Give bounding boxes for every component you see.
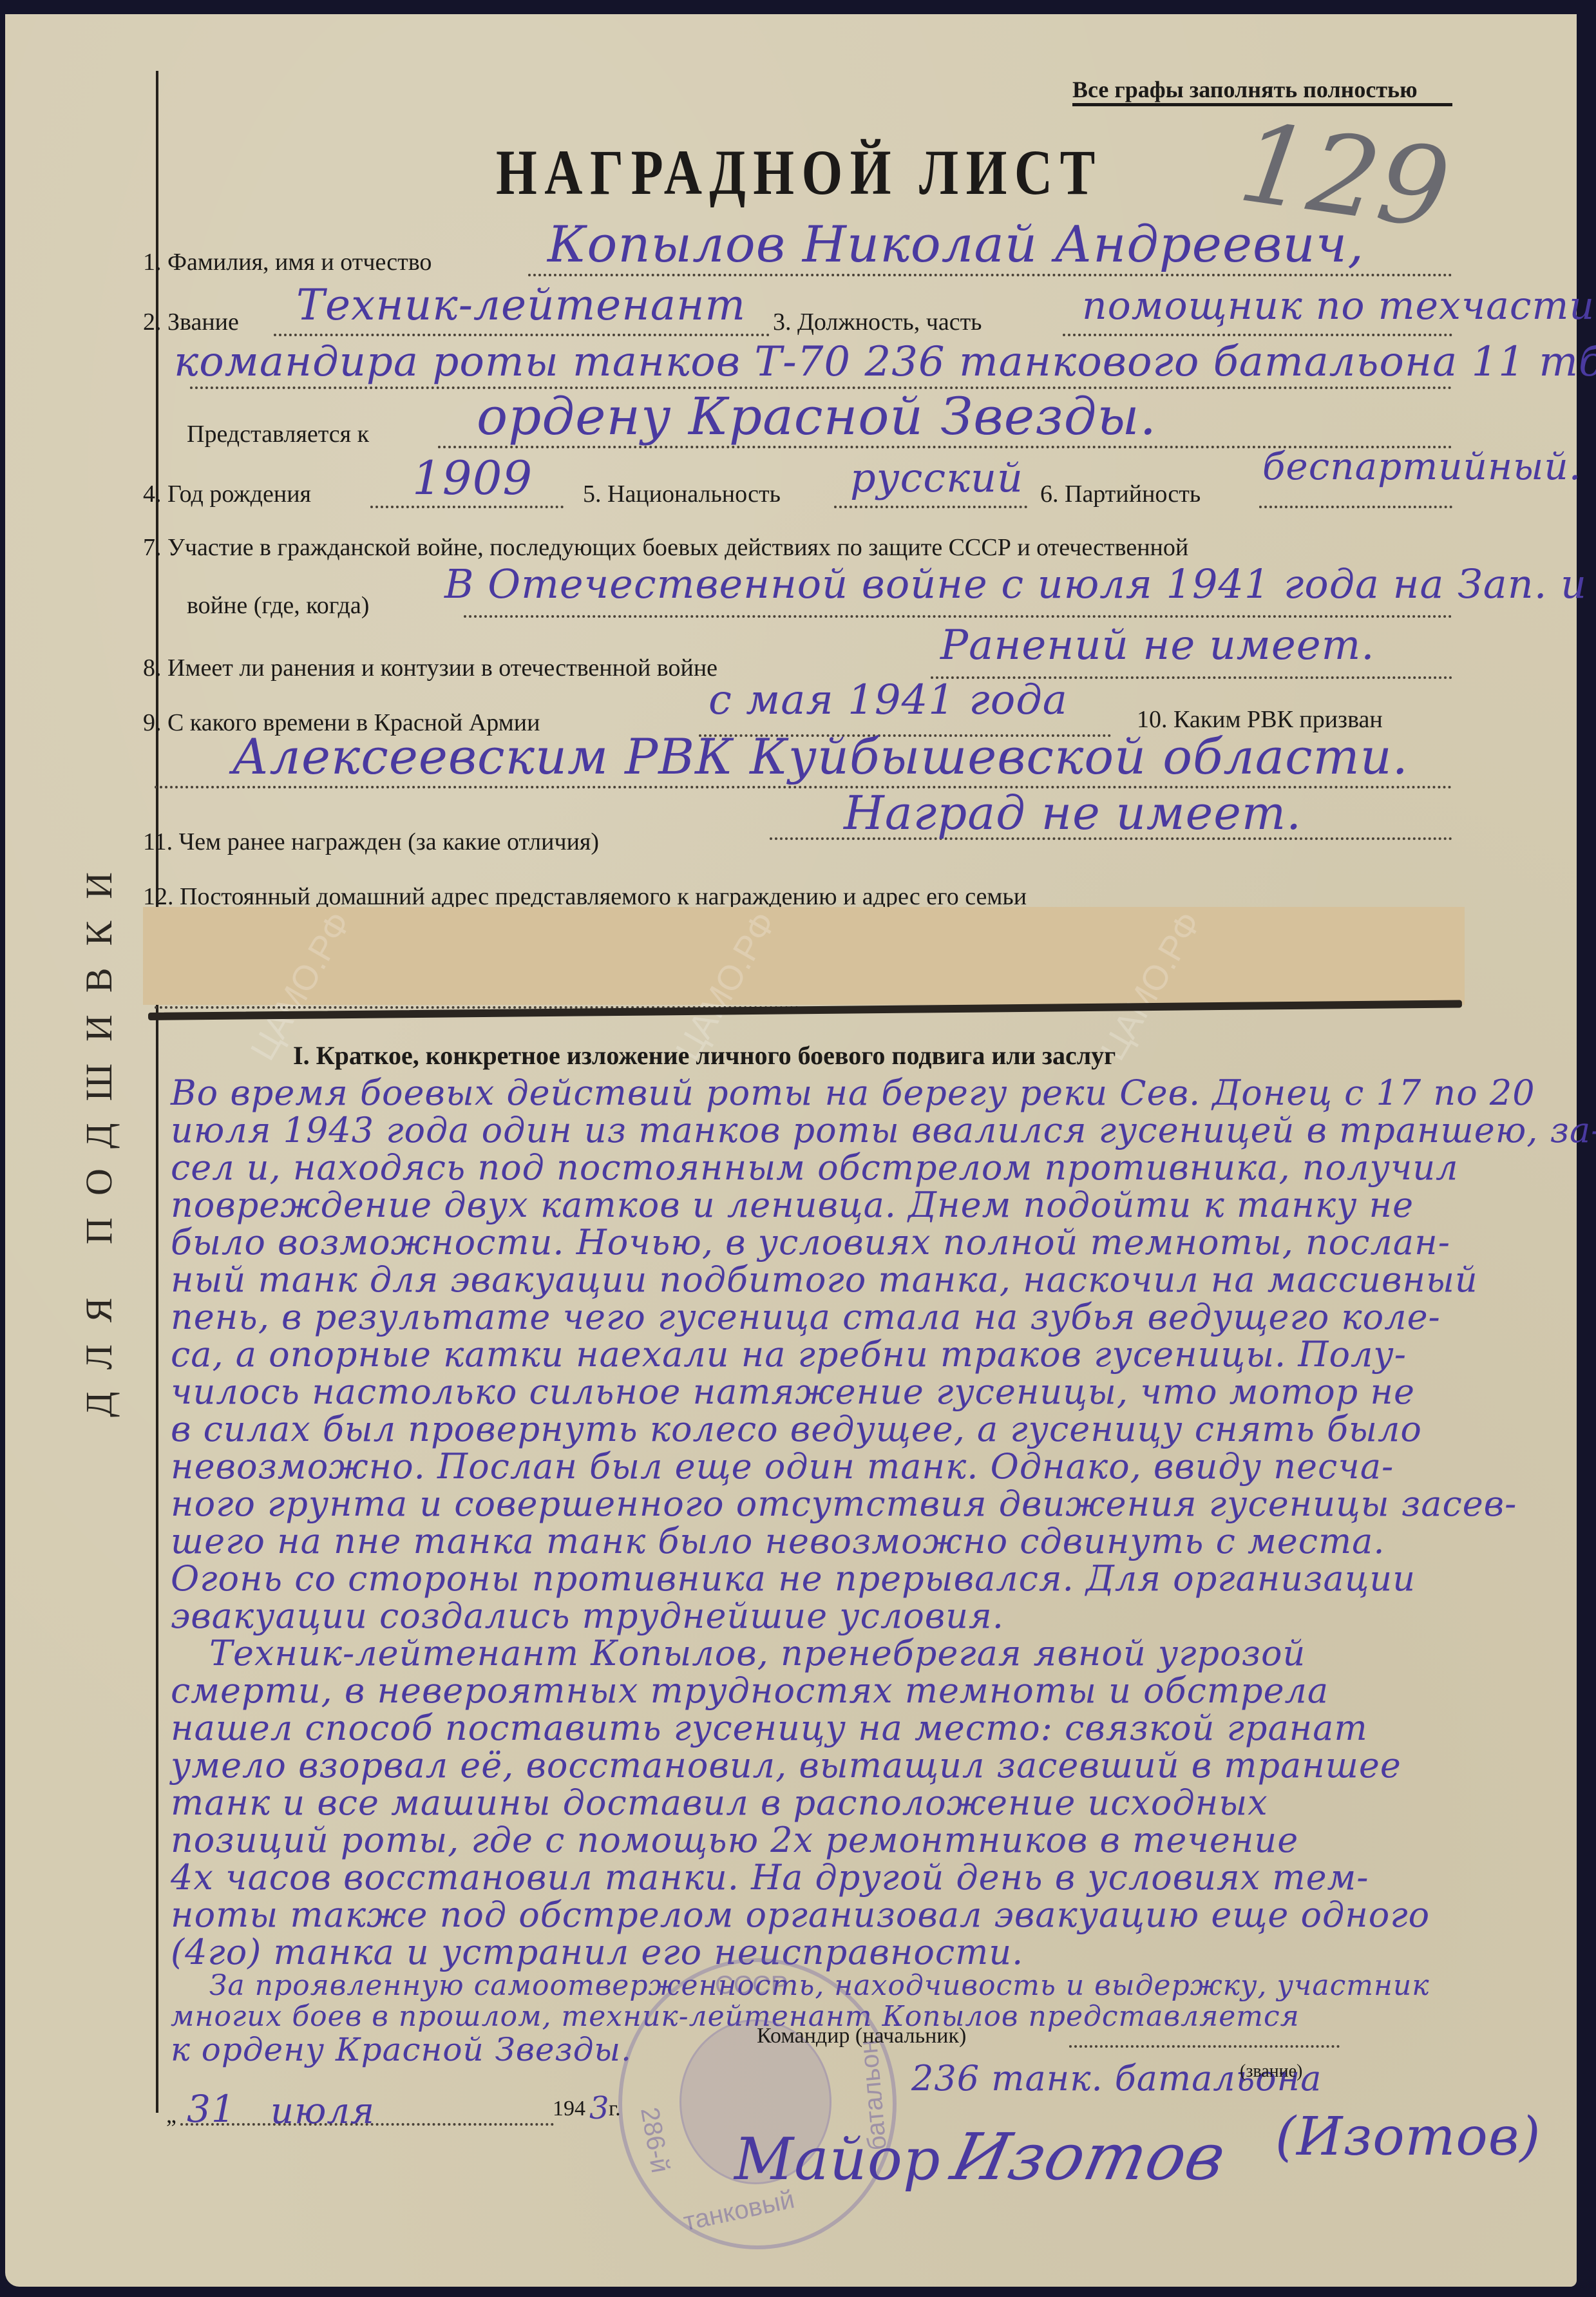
section-1-heading: I. Краткое, конкретное изложение личного… xyxy=(293,1040,1116,1071)
field-5-line xyxy=(834,506,1027,508)
field-10-value: Алексеевским РВК Куйбышевской области. xyxy=(232,728,1409,785)
date-year-handwritten: 3 xyxy=(589,2090,610,2126)
narrative-line: повреждение двух катков и ленивца. Днем … xyxy=(171,1185,1575,1222)
narrative-line: позиций роты, где с помощью 2х ремонтник… xyxy=(171,1820,1575,1857)
narrative-line: в силах был провернуть колесо ведущее, а… xyxy=(171,1409,1575,1446)
narrative-line: сел и, находясь под постоянным обстрелом… xyxy=(171,1147,1575,1185)
field-1-label: 1. Фамилия, имя и отчество xyxy=(143,248,432,276)
binding-margin-label: ДЛЯ ПОДШИВКИ xyxy=(77,850,120,1417)
field-8-label: 8. Имеет ли ранения и контузии в отечест… xyxy=(143,654,717,682)
rank-value: Майор xyxy=(734,2126,941,2193)
narrative-line: ного грунта и совершенного отсутствия дв… xyxy=(171,1483,1575,1521)
narrative-line: ный танк для эвакуации подбитого танка, … xyxy=(171,1259,1575,1297)
narrative-line: танк и все машины доставил в расположени… xyxy=(171,1782,1575,1820)
narrative-line: Во время боевых действий роты на берегу … xyxy=(171,1072,1575,1110)
seal-text-top: СССР xyxy=(715,1971,788,2000)
field-6-label: 6. Партийность xyxy=(1040,480,1201,508)
field-4-value: 1909 xyxy=(412,451,533,505)
narrative-line: умело взорвал её, восстановил, вытащил з… xyxy=(171,1745,1575,1782)
field-3-label: 3. Должность, часть xyxy=(773,308,982,336)
field-7-value: В Отечественной войне с июля 1941 года н… xyxy=(444,560,1596,607)
narrative-line: нашел способ поставить гусеницу на место… xyxy=(171,1708,1575,1745)
date-suffix: г. xyxy=(609,2097,621,2121)
field-3-value-continued: командира роты танков Т-70 236 танкового… xyxy=(174,338,1596,386)
field-5-label: 5. Национальность xyxy=(583,480,781,508)
field-11-value: Наград не имеет. xyxy=(844,786,1302,840)
field-5-value: русский xyxy=(850,454,1023,501)
field-2-label: 2. Звание xyxy=(143,308,239,336)
narrative-line: июля 1943 года один из танков роты ввали… xyxy=(171,1110,1575,1147)
field-6-value: беспартийный. xyxy=(1262,444,1581,488)
narrative-line: смерти, в невероятных трудностях темноты… xyxy=(171,1670,1575,1708)
field-7-label: 7. Участие в гражданской войне, последую… xyxy=(143,533,1188,562)
field-1-line xyxy=(528,274,1452,276)
field-4-label: 4. Год рождения xyxy=(143,480,311,508)
narrative-line: За проявленную самоотверженность, находч… xyxy=(171,1969,1575,2000)
narrative-line: Огонь со стороны противника не прерывалс… xyxy=(171,1558,1575,1596)
narrative-line: (4го) танка и устранил его неисправности… xyxy=(171,1932,1575,1969)
field-3-line xyxy=(1063,334,1452,336)
date-line xyxy=(180,2123,554,2126)
field-4-line xyxy=(370,506,564,508)
commander-line xyxy=(1069,2045,1340,2048)
narrative-line: было возможности. Ночью, в условиях полн… xyxy=(171,1222,1575,1259)
field-8-value: Ранений не имеет. xyxy=(940,622,1375,669)
field-1-value: Копылов Николай Андреевич, xyxy=(547,216,1364,274)
narrative-line: пень, в результате чего гусеница стала н… xyxy=(171,1297,1575,1334)
date-open-quote: „ xyxy=(166,2101,176,2128)
commander-label: Командир (начальник) xyxy=(757,2024,966,2048)
narrative-line: шего на пне танка танк было невозможно с… xyxy=(171,1521,1575,1558)
field-3-value: помощник по техчасти xyxy=(1082,283,1595,329)
field-2-line xyxy=(274,334,770,336)
field-7-line xyxy=(464,615,1452,618)
fill-instruction: Все графы заполнять полностью xyxy=(1072,76,1418,103)
field-2-value: Техник-лейтенант xyxy=(296,280,746,330)
narrative-line: чилось настолько сильное натяжение гусен… xyxy=(171,1371,1575,1409)
narrative-line: эвакуации создались труднейшие условия. xyxy=(171,1596,1575,1633)
page-title: НАГРАДНОЙ ЛИСТ xyxy=(496,135,1103,209)
field-11-label: 11. Чем ранее награжден (за какие отличи… xyxy=(143,828,599,856)
narrative-line: са, а опорные катки наехали на гребни тр… xyxy=(171,1334,1575,1371)
nominated-value: ордену Красной Звезды. xyxy=(477,386,1157,446)
narrative-line: ноты также под обстрелом организовал эва… xyxy=(171,1894,1575,1932)
date-year-printed: 194 xyxy=(553,2097,585,2121)
signature: Изотов xyxy=(945,2119,1233,2195)
narrative-line: 4х часов восстановил танки. На другой де… xyxy=(171,1857,1575,1894)
binding-margin-line xyxy=(156,71,158,2113)
narrative-line: Техник-лейтенант Копылов, пренебрегая яв… xyxy=(171,1633,1575,1670)
date-month: июля xyxy=(271,2090,375,2132)
section-1-narrative: Во время боевых действий роты на берегу … xyxy=(171,1072,1575,2066)
field-9-value: с мая 1941 года xyxy=(708,676,1068,724)
nominated-label: Представляется к xyxy=(187,420,369,448)
narrative-line: невозможно. Послан был еще один танк. Од… xyxy=(171,1446,1575,1483)
rank-label: (звание) xyxy=(1240,2061,1302,2082)
commander-name: (Изотов) xyxy=(1275,2106,1541,2168)
field-7-label-continued: войне (где, когда) xyxy=(187,591,369,620)
field-6-line xyxy=(1259,506,1452,508)
